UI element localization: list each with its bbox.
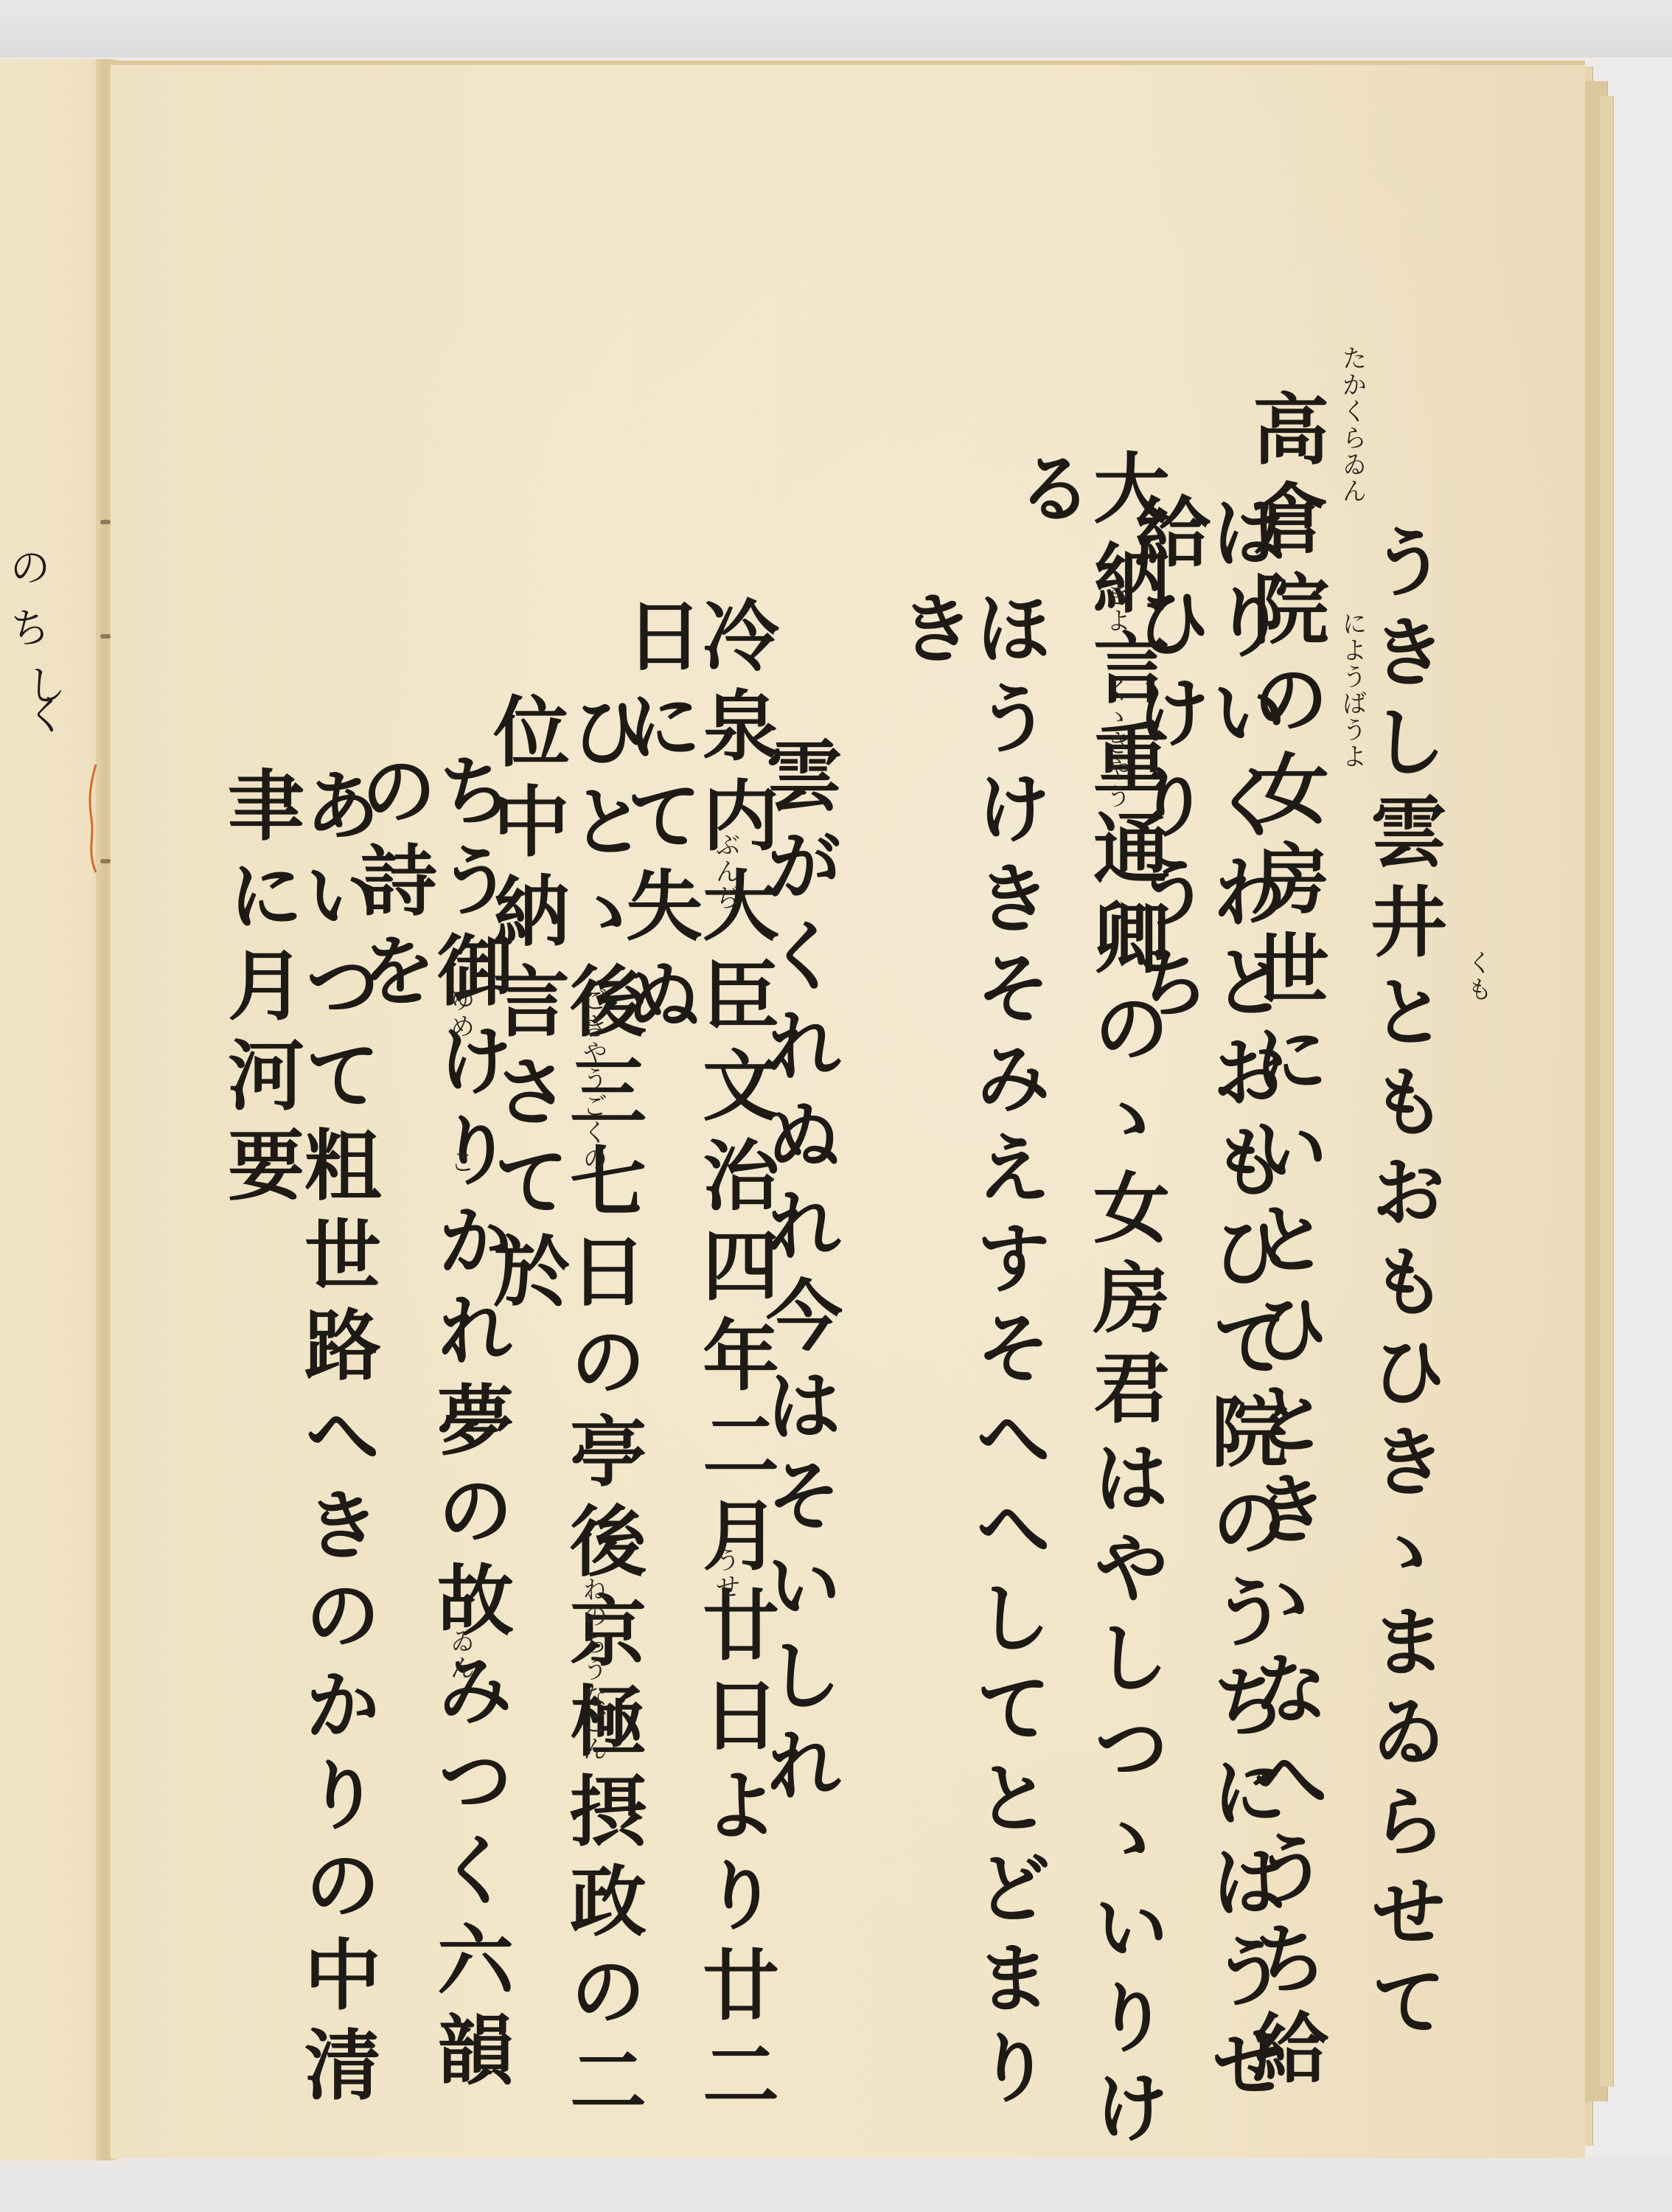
backdrop-top <box>0 0 1672 58</box>
furigana: ごきやうごくの <box>575 987 611 1172</box>
furigana: ゆめ <box>442 987 478 1040</box>
furigana: こ <box>442 1149 478 1175</box>
binding-thread-icon <box>87 763 99 874</box>
backdrop-bottom <box>0 2157 1672 2212</box>
left-page-text-fragment: のち <box>6 546 47 667</box>
furigana: くも <box>1460 950 1496 1003</box>
binding-hole <box>100 859 111 863</box>
furigana: ゐん <box>442 1628 478 1681</box>
text-column-10: あいつて粗世路へきのかりの中清聿に月河要 <box>221 765 375 2158</box>
page-edge-stack <box>1600 96 1614 2087</box>
text-column-5: ほうけきそみえすそへへしてとどまりき <box>892 588 1045 2158</box>
binding-hole <box>100 520 111 524</box>
left-page-text-fragment: く <box>22 693 63 754</box>
text-column-1: うきし雲井ともおもひきゝまゐらせて <box>1364 522 1441 2051</box>
furigana: くゝきやう <box>1098 677 1135 810</box>
furigana: たかくらゐん <box>1334 345 1370 504</box>
right-page: うきし雲井ともおもひきゝまゐらせて くも 高倉院の女房世にいとひときゝなへうち給… <box>111 60 1585 2158</box>
furigana: にようばうよ <box>1334 611 1370 770</box>
furigana: うせ <box>708 1547 744 1600</box>
binding-hole <box>100 634 111 639</box>
furigana: ぶんぢ <box>708 832 744 911</box>
furigana: きよ <box>1098 581 1135 634</box>
left-page: のち し く <box>0 59 111 2160</box>
furigana: ねのちうなごん <box>575 1576 611 1762</box>
